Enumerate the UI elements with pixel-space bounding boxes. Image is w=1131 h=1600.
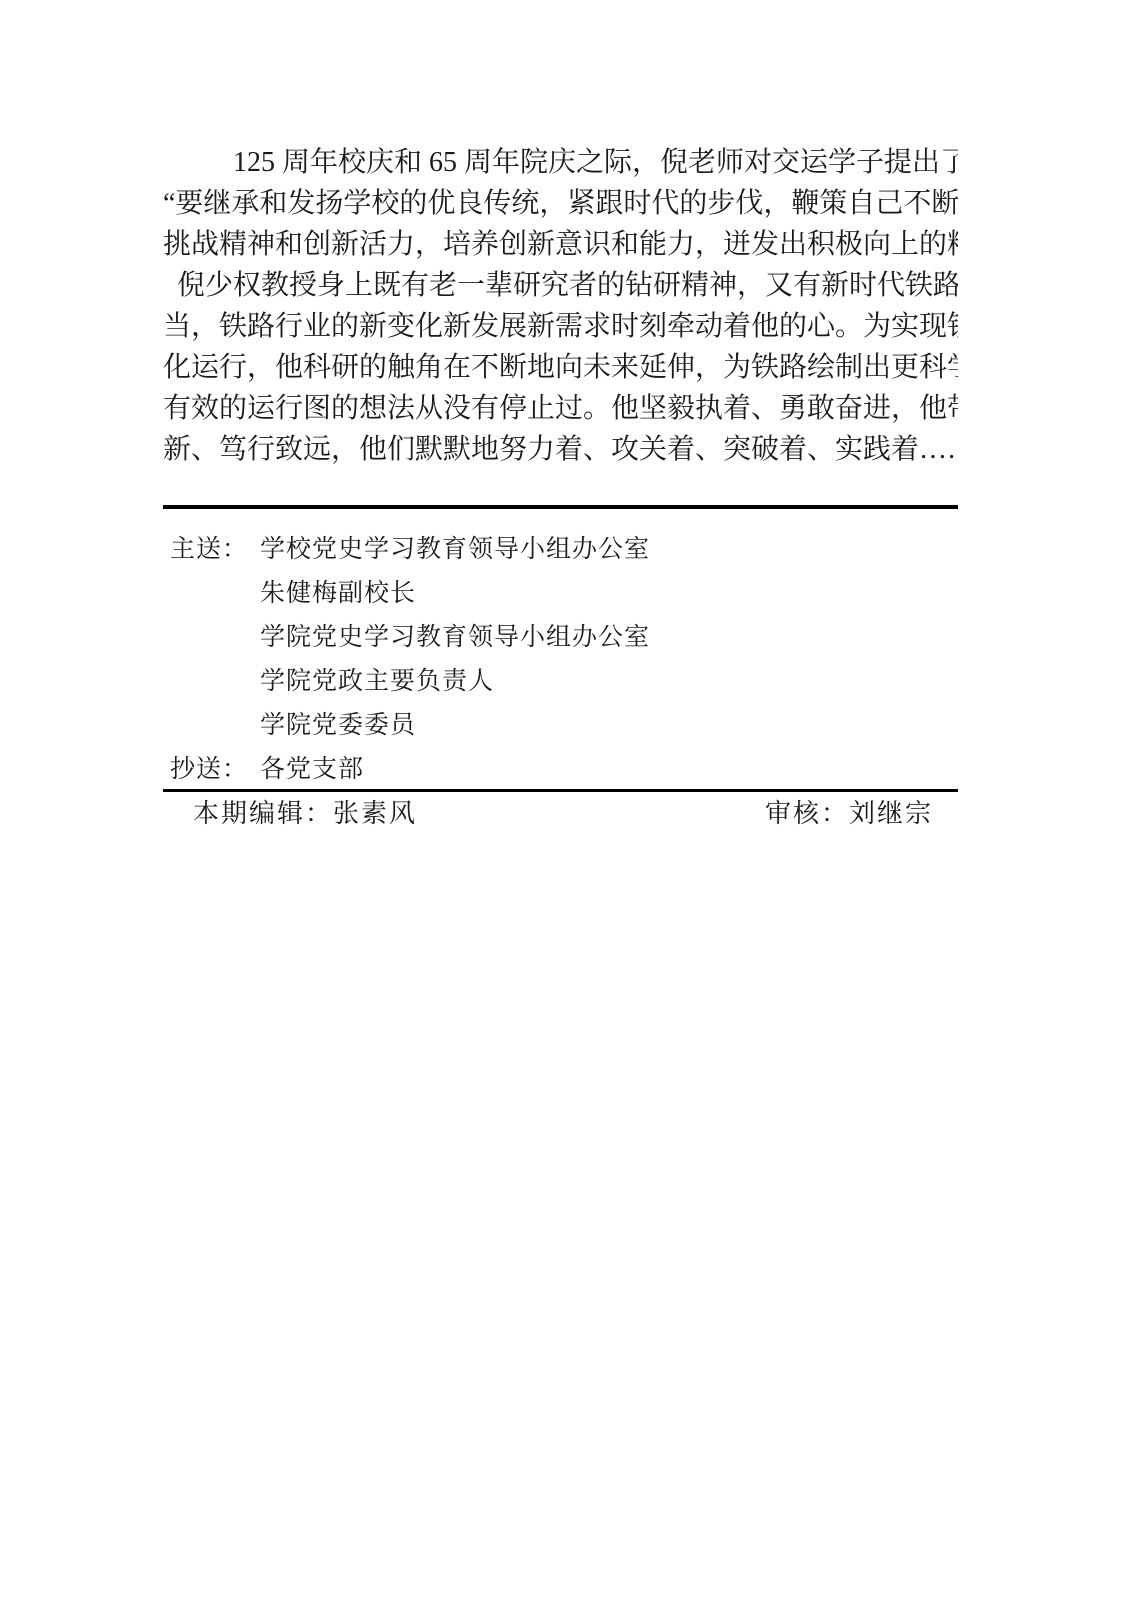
reviewer-name: 刘继宗 — [849, 799, 933, 828]
main-send-label-spacer — [170, 660, 260, 704]
paragraph2-line-2: 当，铁路行业的新变化新发展新需求时刻牵动着他的心。为实现铁路高效率智能 — [163, 306, 958, 347]
paragraph1-line-2: “要继承和发扬学校的优良传统，紧跟时代的步伐，鞭策自己不断成长；要具有 — [163, 183, 958, 224]
main-recipient-5: 学院党委委员 — [260, 704, 958, 748]
distribution-row-copy: 抄送： 各党支部 — [170, 748, 958, 792]
article-body: 125 周年校庆和 65 周年院庆之际，倪老师对交运学子提出了殷切的期望： “要… — [163, 142, 958, 470]
editor-label: 本期编辑： — [193, 799, 333, 828]
distribution-section: 主送： 学校党史学习教育领导小组办公室 朱健梅副校长 学院党史学习教育领导小组办… — [170, 528, 958, 792]
distribution-row-main-1: 主送： 学校党史学习教育领导小组办公室 — [170, 528, 958, 572]
distribution-row-main-3: 学院党史学习教育领导小组办公室 — [170, 616, 958, 660]
editor-credit: 本期编辑：张素风 — [163, 798, 417, 830]
footer-credits: 本期编辑：张素风 审核：刘继宗 — [163, 798, 958, 830]
editor-name: 张素风 — [333, 799, 417, 828]
document-page: 125 周年校庆和 65 周年院庆之际，倪老师对交运学子提出了殷切的期望： “要… — [0, 0, 1131, 1600]
main-send-label-spacer — [170, 704, 260, 748]
divider-rule-top — [163, 505, 958, 509]
paragraph1-line-1: 125 周年校庆和 65 周年院庆之际，倪老师对交运学子提出了殷切的期望： — [163, 142, 958, 183]
copy-recipient: 各党支部 — [260, 748, 958, 792]
distribution-row-main-5: 学院党委委员 — [170, 704, 958, 748]
reviewer-label: 审核： — [765, 799, 849, 828]
main-recipient-1: 学校党史学习教育领导小组办公室 — [260, 528, 958, 572]
paragraph2-line-4: 有效的运行图的想法从没有停止过。他坚毅执着、勇敢奋进，他带领团队开拓创 — [163, 388, 958, 429]
divider-rule-bottom — [163, 789, 958, 792]
main-send-label: 主送： — [170, 528, 260, 572]
distribution-row-main-4: 学院党政主要负责人 — [170, 660, 958, 704]
paragraph1-line-3: 挑战精神和创新活力，培养创新意识和能力，迸发出积极向上的精神力量。” — [163, 224, 958, 265]
main-recipient-2: 朱健梅副校长 — [260, 572, 958, 616]
main-recipient-3: 学院党史学习教育领导小组办公室 — [260, 616, 958, 660]
distribution-row-main-2: 朱健梅副校长 — [170, 572, 958, 616]
paragraph2-line-5: 新、笃行致远，他们默默地努力着、攻关着、突破着、实践着…… — [163, 429, 958, 470]
paragraph2-line-3: 化运行，他科研的触角在不断地向未来延伸，为铁路绘制出更科学、更智能、更 — [163, 347, 958, 388]
copy-send-label: 抄送： — [170, 748, 260, 792]
reviewer-credit: 审核：刘继宗 — [765, 798, 958, 830]
main-send-label-spacer — [170, 572, 260, 616]
paragraph2-line-1: 倪少权教授身上既有老一辈研究者的钻研精神，又有新时代铁路人的使命和担 — [163, 265, 958, 306]
main-recipient-4: 学院党政主要负责人 — [260, 660, 958, 704]
main-send-label-spacer — [170, 616, 260, 660]
